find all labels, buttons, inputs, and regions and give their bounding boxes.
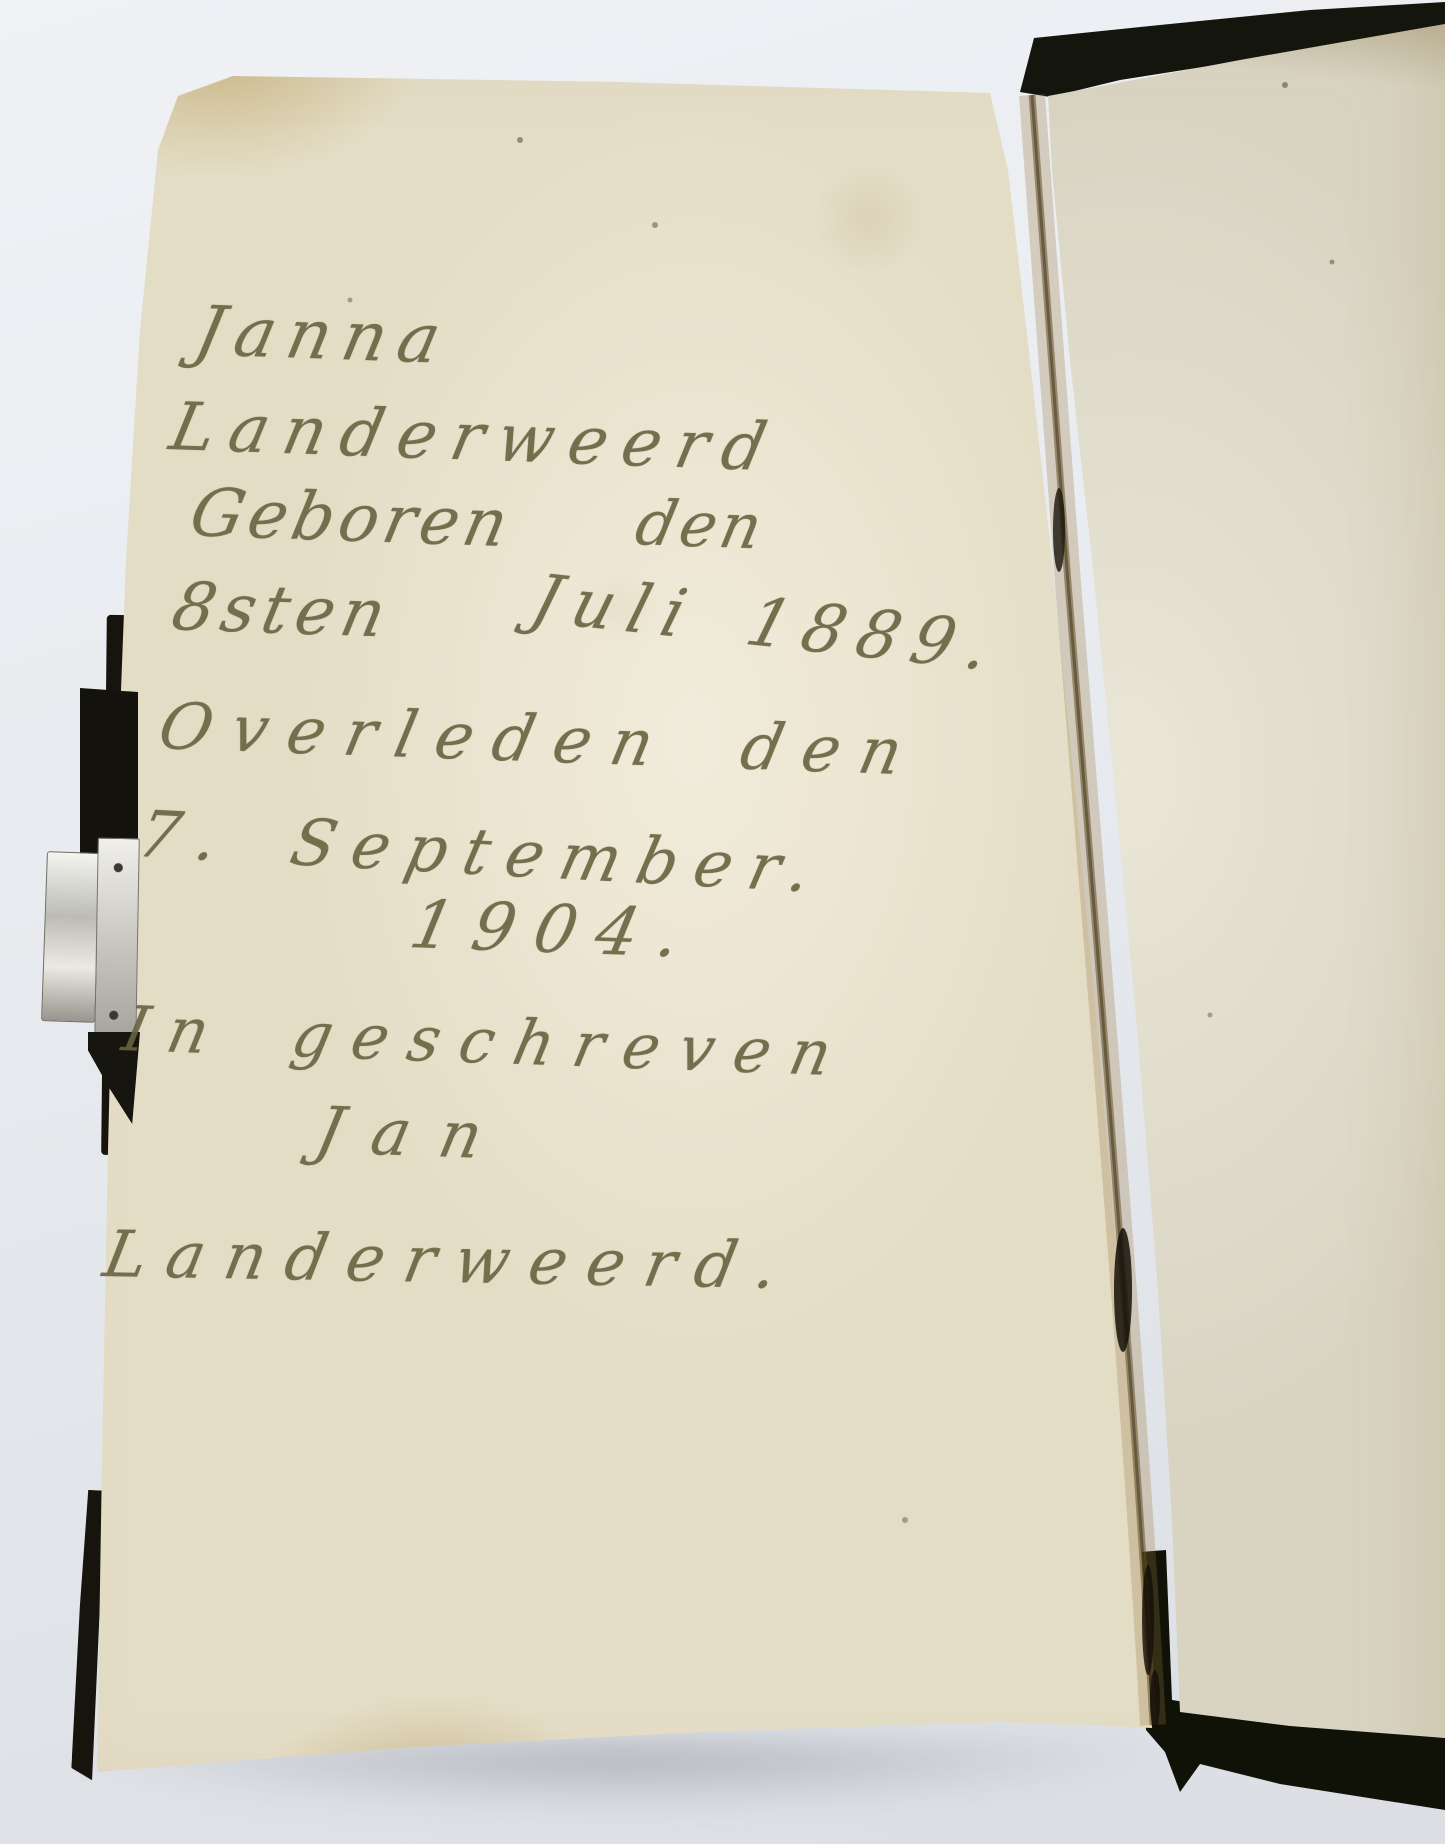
inscription-line-surname: Landerweerd [164, 388, 788, 486]
inscription-line-1904: 1904. [404, 886, 707, 973]
inscription-line-signature: Landerweerd. [98, 1218, 804, 1304]
inscription-word-geboren: Geboren [184, 474, 520, 562]
inscription-word-8sten: 8sten [166, 568, 400, 653]
inscription-word-juli-1889: Juli 1889. [523, 560, 1012, 687]
open-antique-book-photo: Janna Landerweerd Geboren den 8sten Juli… [0, 0, 1445, 1844]
inscription-line-jan: Jan [309, 1094, 518, 1175]
inscription-line-janna: Janna [188, 292, 459, 380]
inscription-line-in-geschreven: In geschreven [117, 992, 858, 1090]
inscription-word-den: den [630, 486, 773, 563]
handwritten-inscription: Janna Landerweerd Geboren den 8sten Juli… [0, 0, 1445, 1844]
inscription-line-overleden-den: Overleden den [152, 690, 928, 791]
